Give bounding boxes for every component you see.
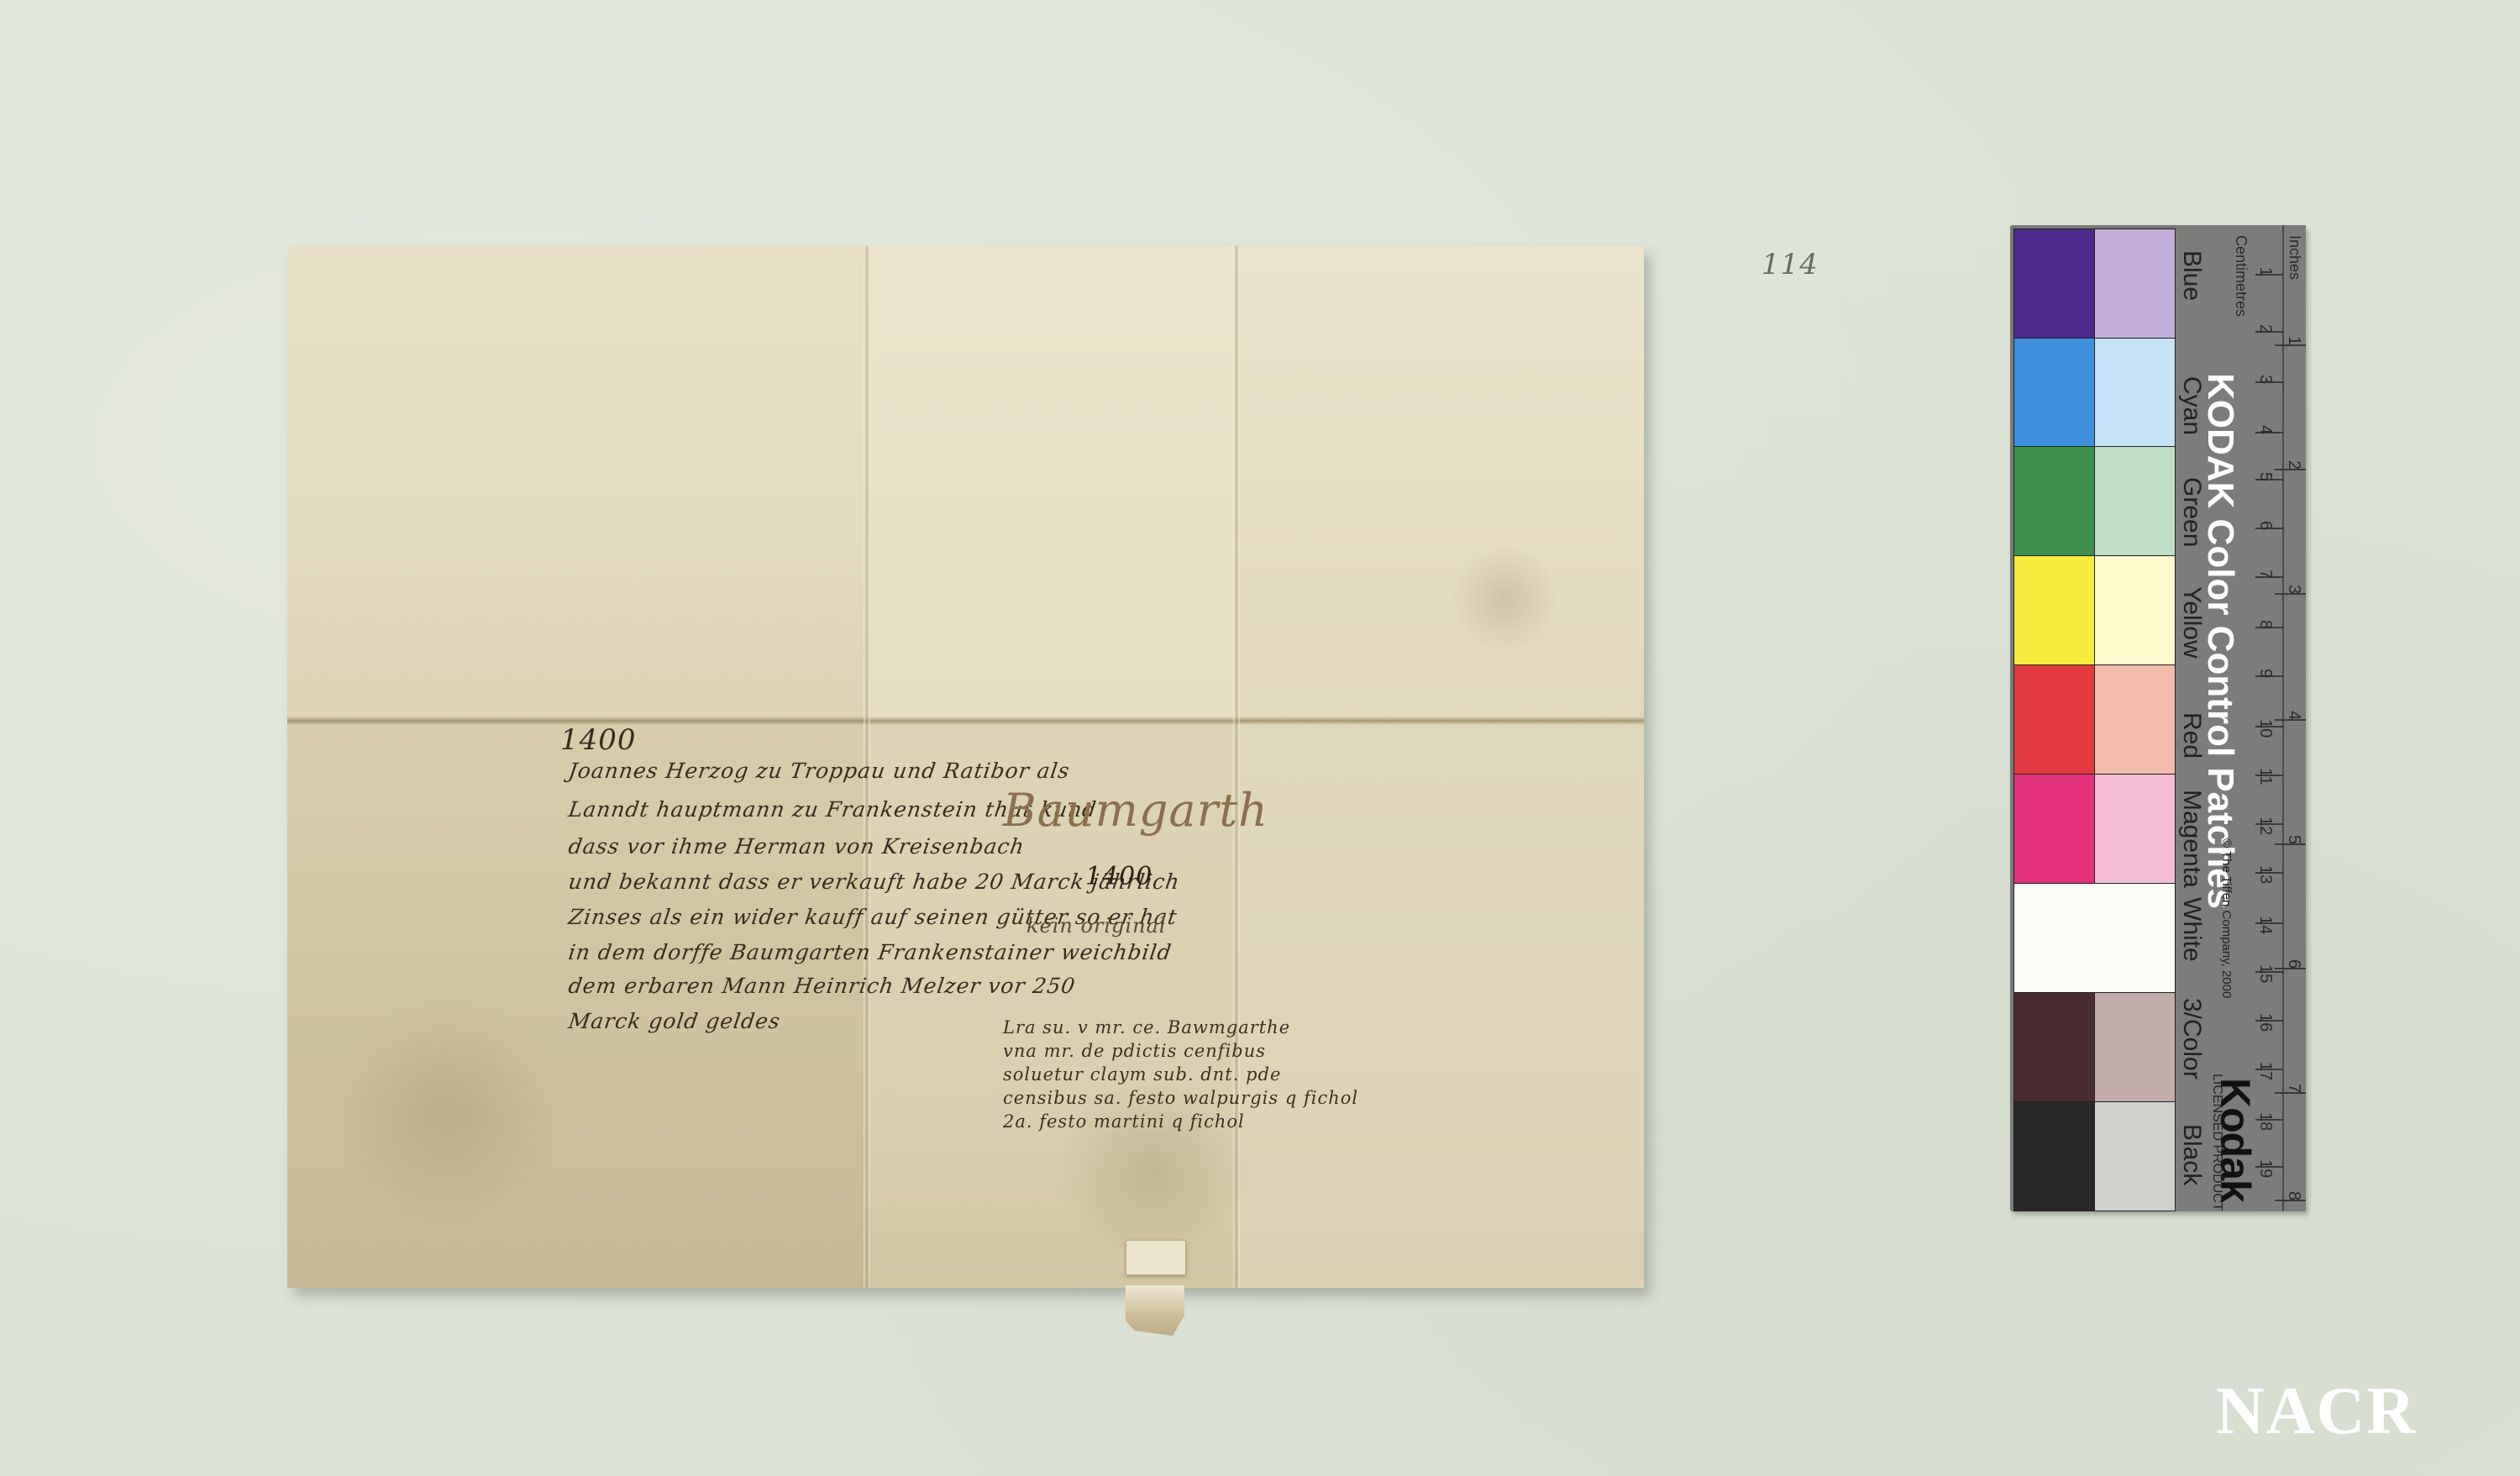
patch-blue-dark [2013, 228, 2095, 339]
panel-top-middle [867, 246, 1236, 722]
cm-mark: 11 [2255, 768, 2275, 785]
centimetres-label: Centimetres [2232, 235, 2250, 317]
latin-line: 2a. festo martini q fichol [1003, 1111, 1245, 1132]
cm-mark: 13 [2255, 865, 2275, 884]
inch-mark: 5 [2284, 835, 2303, 844]
inch-mark: 4 [2284, 711, 2303, 720]
inch-mark: 8 [2284, 1191, 2303, 1200]
latin-line: Lra su. v mr. ce. Bawmgarthe [1003, 1017, 1290, 1037]
latin-line: vna mr. de pdictis cenfibus [1003, 1041, 1266, 1061]
dorsal-year: 1400 [1085, 862, 1152, 891]
patch-3color-light [2094, 992, 2176, 1102]
cm-mark: 14 [2255, 916, 2275, 934]
page-number: 114 [1761, 248, 1819, 281]
parchment-document: 114 1400 Joannes Herzog zu Troppau und R… [287, 246, 1644, 1288]
patch-green-dark [2013, 446, 2095, 556]
archive-watermark: NACR [2216, 1374, 2417, 1450]
label-3color: 3/Color [2177, 998, 2206, 1079]
summary-line: Marck gold geldes [567, 1009, 782, 1033]
patch-red-dark [2013, 664, 2095, 775]
patch-magenta-dark [2013, 774, 2095, 884]
patch-black-dark [2013, 1101, 2095, 1211]
patch-black-light [2094, 1101, 2176, 1211]
card-title: KODAK Color Control Patches [2199, 373, 2241, 909]
cm-mark: 9 [2255, 669, 2275, 678]
inch-mark: 2 [2284, 460, 2303, 470]
cm-mark: 4 [2255, 425, 2275, 434]
summary-line: dem erbaren Mann Heinrich Melzer vor 250 [567, 974, 1077, 998]
patch-yellow-light [2094, 555, 2176, 665]
label-black: Black [2177, 1124, 2206, 1185]
patch-cyan-light [2094, 338, 2176, 447]
patch-blue-light [2094, 228, 2176, 339]
cm-mark: 8 [2255, 620, 2275, 629]
inch-mark: 7 [2284, 1084, 2303, 1093]
ruler-strip: Inches Centimetres 1 2 3 4 5 6 7 8 9 10 … [2176, 225, 2306, 1211]
inch-mark: 1 [2284, 336, 2303, 345]
cm-mark: 12 [2255, 817, 2275, 835]
label-blue: Blue [2177, 250, 2206, 301]
seal-tag-slot [1126, 1240, 1186, 1275]
patch-magenta-light [2094, 774, 2176, 884]
cm-mark: 3 [2255, 375, 2275, 384]
patch-white [2013, 883, 2176, 993]
horizontal-fold-line [287, 717, 1644, 725]
summary-year: 1400 [560, 723, 637, 757]
patch-yellow-dark [2013, 555, 2095, 665]
panel-top-left [287, 246, 867, 722]
patch-red-light [2094, 664, 2176, 775]
latin-line: censibus sa. festo walpurgis q fichol [1003, 1088, 1358, 1108]
cm-mark: 6 [2255, 521, 2275, 530]
cm-mark: 1 [2255, 267, 2275, 276]
summary-line: dass vor ihme Herman von Kreisenbach [567, 834, 1026, 859]
dorsal-title: Baumgarth [1003, 784, 1268, 837]
dorsal-note: kein original [1026, 914, 1167, 938]
patch-cyan-dark [2013, 338, 2095, 447]
inches-label: Inches [2286, 235, 2303, 280]
stain [321, 1002, 573, 1221]
cm-mark: 7 [2255, 570, 2275, 579]
seal-tag-strip [1126, 1285, 1184, 1336]
inch-mark: 6 [2284, 959, 2303, 969]
stain [1446, 549, 1564, 649]
patch-3color-dark [2013, 992, 2095, 1102]
cm-mark: 10 [2255, 719, 2275, 738]
cm-mark: 16 [2255, 1013, 2275, 1032]
cm-mark: 5 [2255, 472, 2275, 481]
copyright-text: © The Tiffen Company, 2000 [2219, 838, 2234, 998]
summary-line: Joannes Herzog zu Troppau und Ratibor al… [567, 759, 1072, 783]
licensed-product-text: LICENSED PRODUCT [2209, 1074, 2224, 1211]
patch-green-light [2094, 446, 2176, 556]
latin-line: soluetur claym sub. dnt. pde [1003, 1064, 1281, 1085]
panel-bottom-right [1236, 722, 1644, 1288]
summary-line: in dem dorffe Baumgarten Frankenstainer … [567, 940, 1173, 964]
kodak-color-card: Inches Centimetres 1 2 3 4 5 6 7 8 9 10 … [2010, 225, 2306, 1211]
inch-mark: 3 [2284, 585, 2303, 594]
panel-top-right [1236, 246, 1644, 722]
cm-mark: 2 [2255, 324, 2275, 334]
cm-mark: 15 [2255, 964, 2275, 983]
